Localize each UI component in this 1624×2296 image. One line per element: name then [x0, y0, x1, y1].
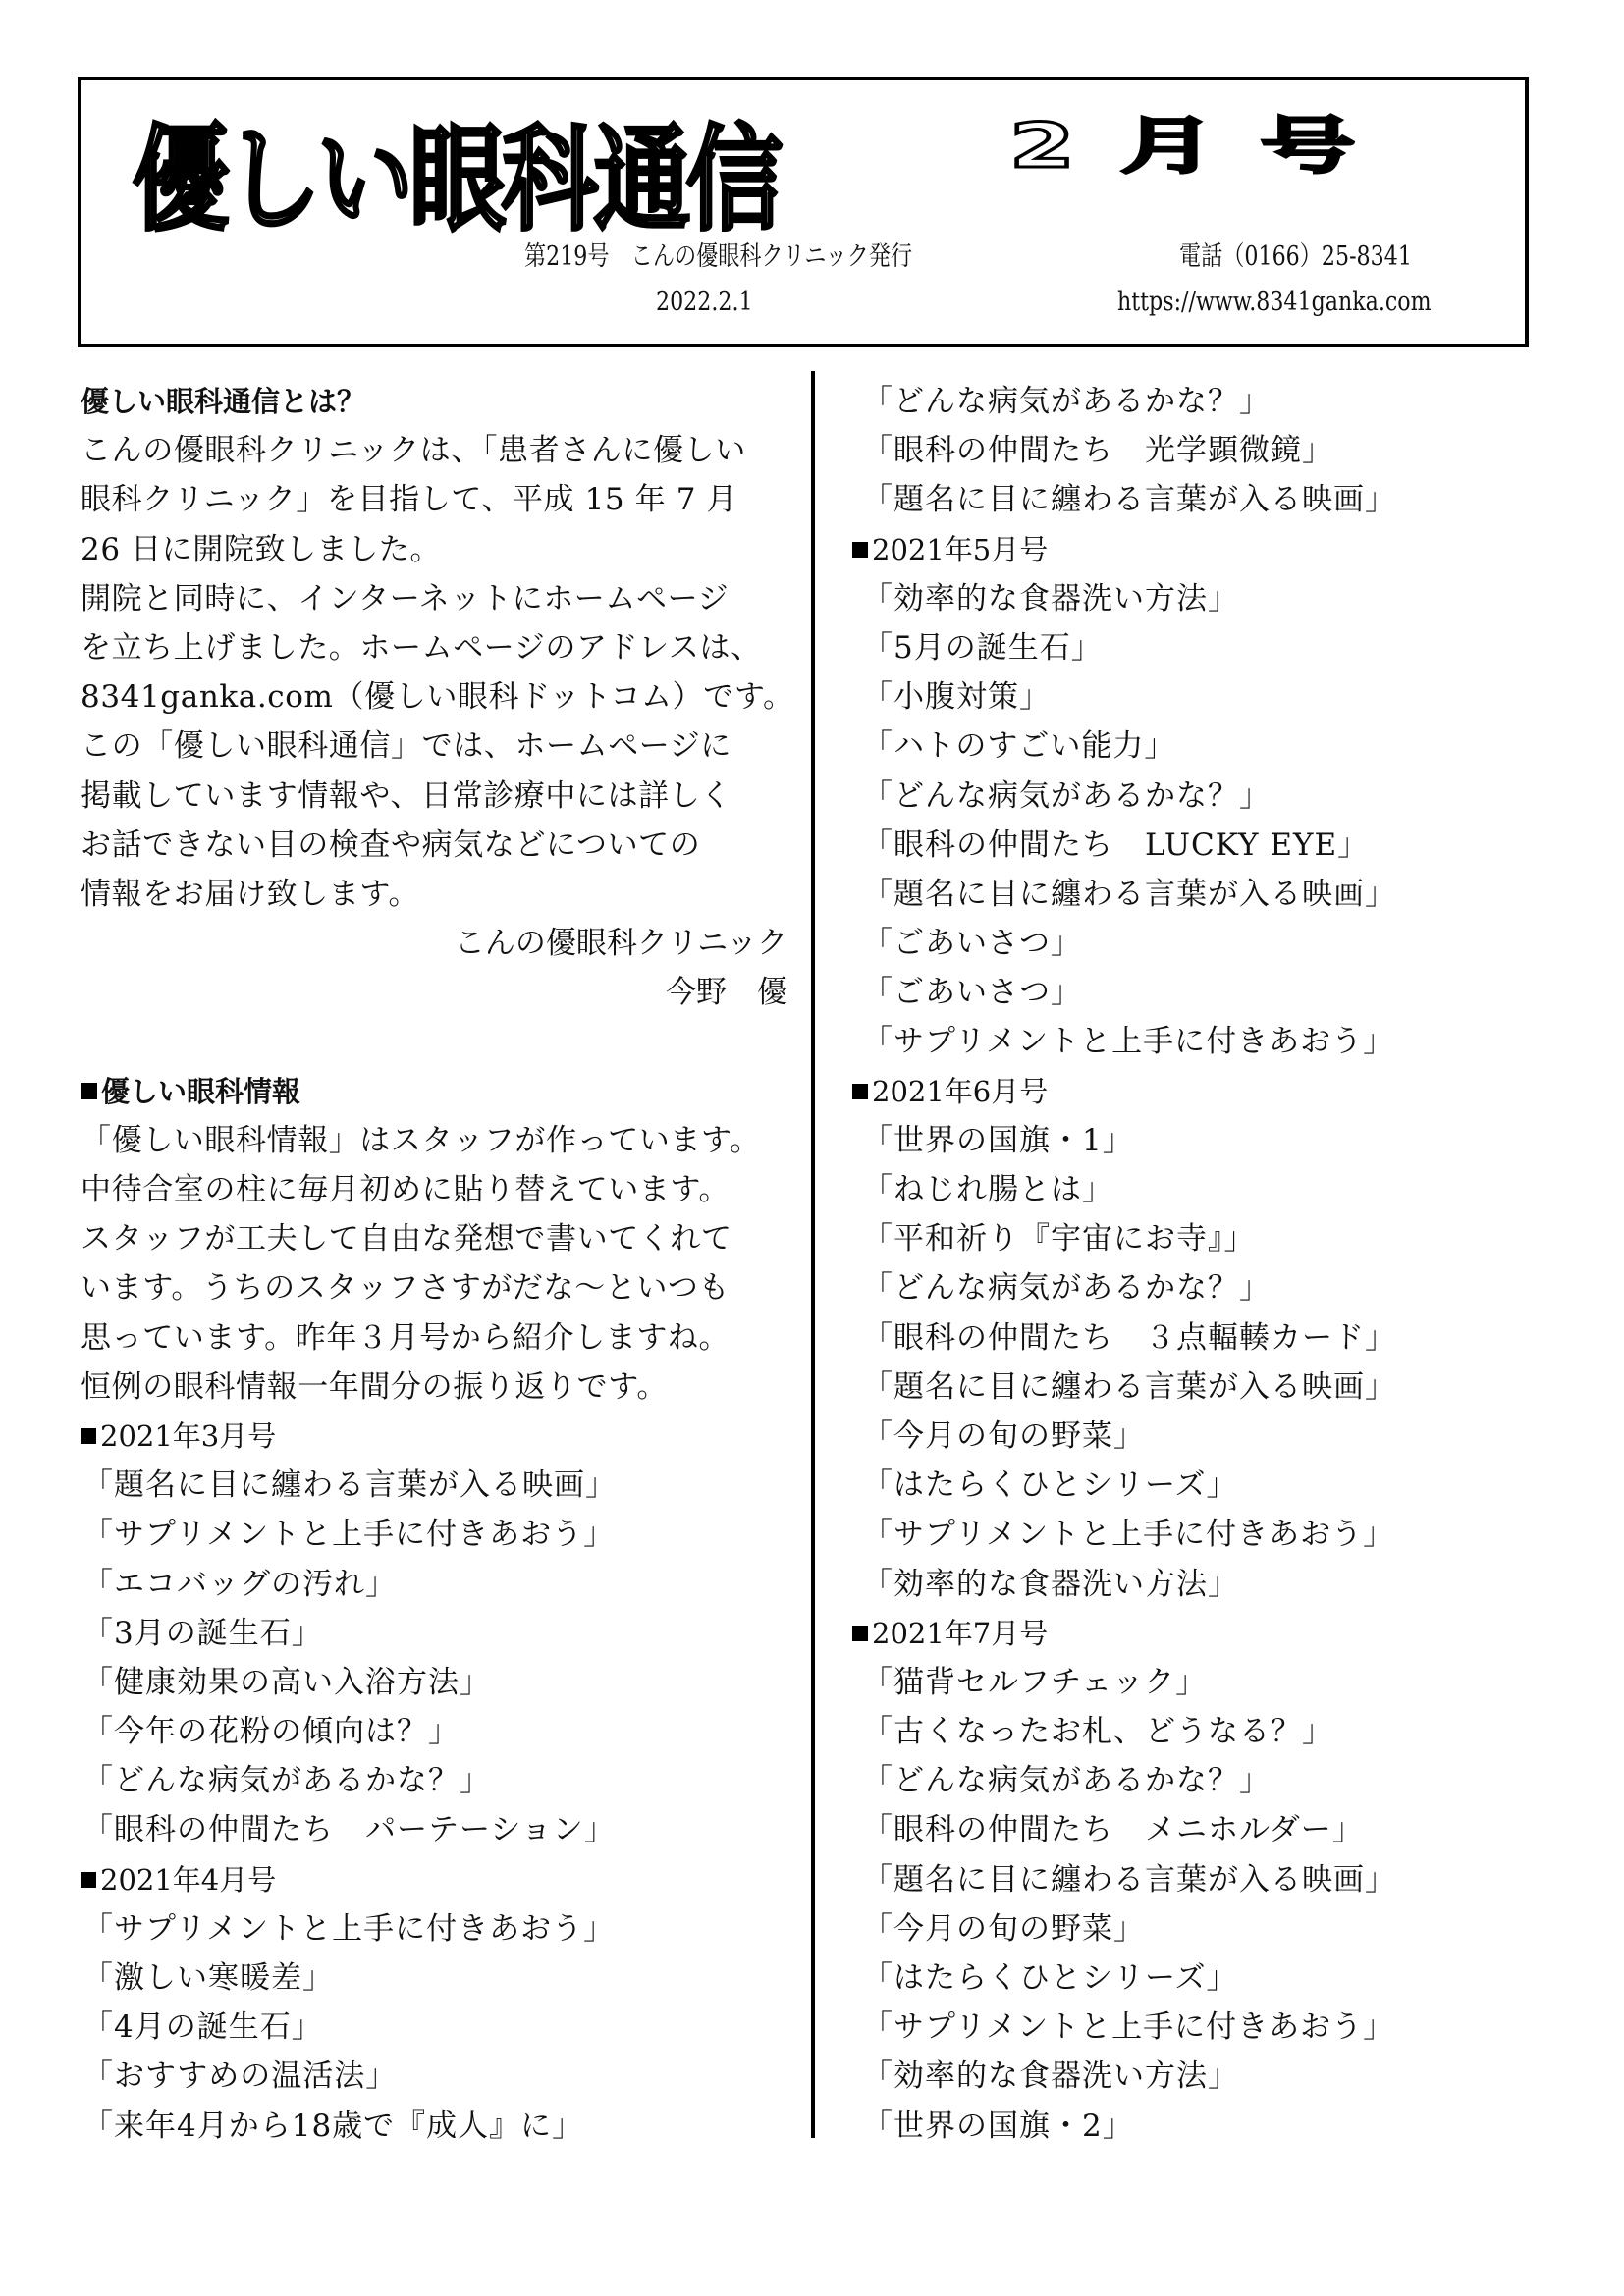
- info-line: います。うちのスタッフさすがだな～といつも: [81, 1263, 787, 1312]
- website-url[interactable]: https://www.8341ganka.com: [1117, 289, 1432, 315]
- square-bullet-icon: [81, 1083, 97, 1099]
- list-item: 「来年4月から18歳で『成人』に」: [81, 2102, 787, 2151]
- square-bullet-icon: [81, 1428, 96, 1444]
- month-label: 2021年3月号: [100, 1419, 276, 1453]
- list-item: 「猫背セルフチェック」: [852, 1658, 1540, 1707]
- info-section-heading: 優しい眼科情報: [81, 1067, 787, 1116]
- intro-line: 情報をお届け致します。: [81, 870, 787, 919]
- issue-date: 2022.2.1: [656, 289, 753, 315]
- intro-line: 開院と同時に、インターネットにホームページ: [81, 574, 787, 623]
- list-item: 「効率的な食器洗い方法」: [852, 2052, 1540, 2101]
- square-bullet-icon: [81, 1872, 96, 1888]
- list-item: 「効率的な食器洗い方法」: [852, 1560, 1540, 1609]
- list-item: 「眼科の仲間たち ３点輻輳カード」: [852, 1313, 1540, 1362]
- intro-heading: 優しい眼科通信とは？: [81, 377, 787, 426]
- info-line: 恒例の眼科情報一年間分の振り返りです。: [81, 1362, 787, 1412]
- list-item: 「ごあいさつ」: [852, 968, 1540, 1017]
- column-divider: [811, 371, 815, 2138]
- intro-line: こんの優眼科クリニックは、「患者さんに優しい: [81, 426, 787, 475]
- month-heading-april: 2021年4月号: [81, 1855, 787, 1904]
- list-item: 「今年の花粉の傾向は？」: [81, 1707, 787, 1756]
- intro-line: 掲載しています情報や、日常診療中には詳しく: [81, 772, 787, 821]
- left-column: 優しい眼科通信とは？ こんの優眼科クリニックは、「患者さんに優しい 眼科クリニッ…: [81, 377, 787, 2151]
- list-item: 「題名に目に纏わる言葉が入る映画」: [852, 1855, 1540, 1904]
- list-item: 「どんな病気があるかな？」: [852, 377, 1540, 426]
- issue-number-publisher: 第219号 こんの優眼科クリニック発行: [524, 243, 912, 270]
- list-item: 「4月の誕生石」: [81, 2002, 787, 2052]
- intro-line: 眼科クリニック」を目指して、平成 15 年 7 月: [81, 475, 787, 524]
- list-item: 「題名に目に纏わる言葉が入る映画」: [852, 1362, 1540, 1412]
- list-item: 「3月の誕生石」: [81, 1609, 787, 1658]
- list-item: 「題名に目に纏わる言葉が入る映画」: [81, 1461, 787, 1510]
- list-item: 「世界の国旗・2」: [852, 2102, 1540, 2151]
- right-column: 「どんな病気があるかな？」 「眼科の仲間たち 光学顕微鏡」 「題名に目に纏わる言…: [852, 377, 1540, 2151]
- list-item: 「サプリメントと上手に付きあおう」: [81, 1904, 787, 1953]
- list-item: 「眼科の仲間たち LUCKY EYE」: [852, 821, 1540, 870]
- list-item: 「どんな病気があるかな？」: [852, 1756, 1540, 1805]
- list-item: 「どんな病気があるかな？」: [852, 772, 1540, 821]
- issue-month: 2月号: [1009, 116, 1401, 177]
- intro-line: お話できない目の検査や病気などについての: [81, 821, 787, 870]
- list-item: 「5月の誕生石」: [852, 623, 1540, 672]
- intro-line: 8341ganka.com（優しい眼科ドットコム）です。: [81, 672, 787, 721]
- info-line: 思っています。昨年３月号から紹介しますね。: [81, 1313, 787, 1362]
- list-item: 「どんな病気があるかな？」: [852, 1263, 1540, 1312]
- square-bullet-icon: [852, 542, 868, 558]
- month-heading-july: 2021年7月号: [852, 1609, 1540, 1658]
- month-label: 2021年6月号: [872, 1075, 1048, 1108]
- list-item: 「サプリメントと上手に付きあおう」: [852, 1017, 1540, 1066]
- list-item: 「健康効果の高い入浴方法」: [81, 1658, 787, 1707]
- month-heading-may: 2021年5月号: [852, 525, 1540, 574]
- signature-name: 今野 優: [81, 968, 787, 1017]
- list-item: 「古くなったお札、どうなる？」: [852, 1707, 1540, 1756]
- intro-line: この「優しい眼科通信」では、ホームページに: [81, 721, 787, 771]
- list-item: 「サプリメントと上手に付きあおう」: [852, 1510, 1540, 1559]
- intro-line: を立ち上げました。ホームページのアドレスは、: [81, 623, 787, 672]
- newsletter-title: 優しい眼科通信: [133, 124, 779, 238]
- list-item: 「眼科の仲間たち メニホルダー」: [852, 1805, 1540, 1854]
- list-item: 「題名に目に纏わる言葉が入る映画」: [852, 870, 1540, 919]
- list-item: 「ハトのすごい能力」: [852, 721, 1540, 771]
- list-item: 「効率的な食器洗い方法」: [852, 574, 1540, 623]
- month-label: 2021年7月号: [872, 1617, 1048, 1650]
- list-item: 「眼科の仲間たち 光学顕微鏡」: [852, 426, 1540, 475]
- masthead: 優しい眼科通信 2月号 第219号 こんの優眼科クリニック発行 電話（0166）…: [78, 77, 1529, 347]
- list-item: 「サプリメントと上手に付きあおう」: [852, 2002, 1540, 2052]
- info-section-heading-text: 優しい眼科情報: [101, 1075, 300, 1108]
- signature-clinic: こんの優眼科クリニック: [81, 919, 787, 968]
- info-line: 「優しい眼科情報」はスタッフが作っています。: [81, 1116, 787, 1165]
- phone-number: 電話（0166）25-8341: [1179, 243, 1412, 270]
- square-bullet-icon: [852, 1084, 868, 1099]
- list-item: 「どんな病気があるかな？」: [81, 1756, 787, 1805]
- list-item: 「激しい寒暖差」: [81, 1953, 787, 2002]
- intro-line: 26 日に開院致しました。: [81, 525, 787, 574]
- square-bullet-icon: [852, 1626, 868, 1641]
- list-item: 「ねじれ腸とは」: [852, 1165, 1540, 1214]
- list-item: 「世界の国旗・1」: [852, 1116, 1540, 1165]
- info-line: 中待合室の柱に毎月初めに貼り替えています。: [81, 1165, 787, 1214]
- list-item: 「はたらくひとシリーズ」: [852, 1953, 1540, 2002]
- list-item: 「今月の旬の野菜」: [852, 1412, 1540, 1461]
- list-item: 「ごあいさつ」: [852, 919, 1540, 968]
- month-heading-june: 2021年6月号: [852, 1067, 1540, 1116]
- list-item: 「眼科の仲間たち パーテーション」: [81, 1805, 787, 1854]
- list-item: 「小腹対策」: [852, 672, 1540, 721]
- list-item: 「題名に目に纏わる言葉が入る映画」: [852, 475, 1540, 524]
- month-label: 2021年4月号: [100, 1863, 276, 1896]
- spacer: [81, 1017, 787, 1066]
- list-item: 「はたらくひとシリーズ」: [852, 1461, 1540, 1510]
- month-heading-march: 2021年3月号: [81, 1412, 787, 1461]
- info-line: スタッフが工夫して自由な発想で書いてくれて: [81, 1214, 787, 1263]
- list-item: 「おすすめの温活法」: [81, 2052, 787, 2101]
- list-item: 「エコバッグの汚れ」: [81, 1560, 787, 1609]
- list-item: 「平和祈り『宇宙にお寺』」: [852, 1214, 1540, 1263]
- list-item: 「今月の旬の野菜」: [852, 1904, 1540, 1953]
- list-item: 「サプリメントと上手に付きあおう」: [81, 1510, 787, 1559]
- month-label: 2021年5月号: [872, 533, 1048, 566]
